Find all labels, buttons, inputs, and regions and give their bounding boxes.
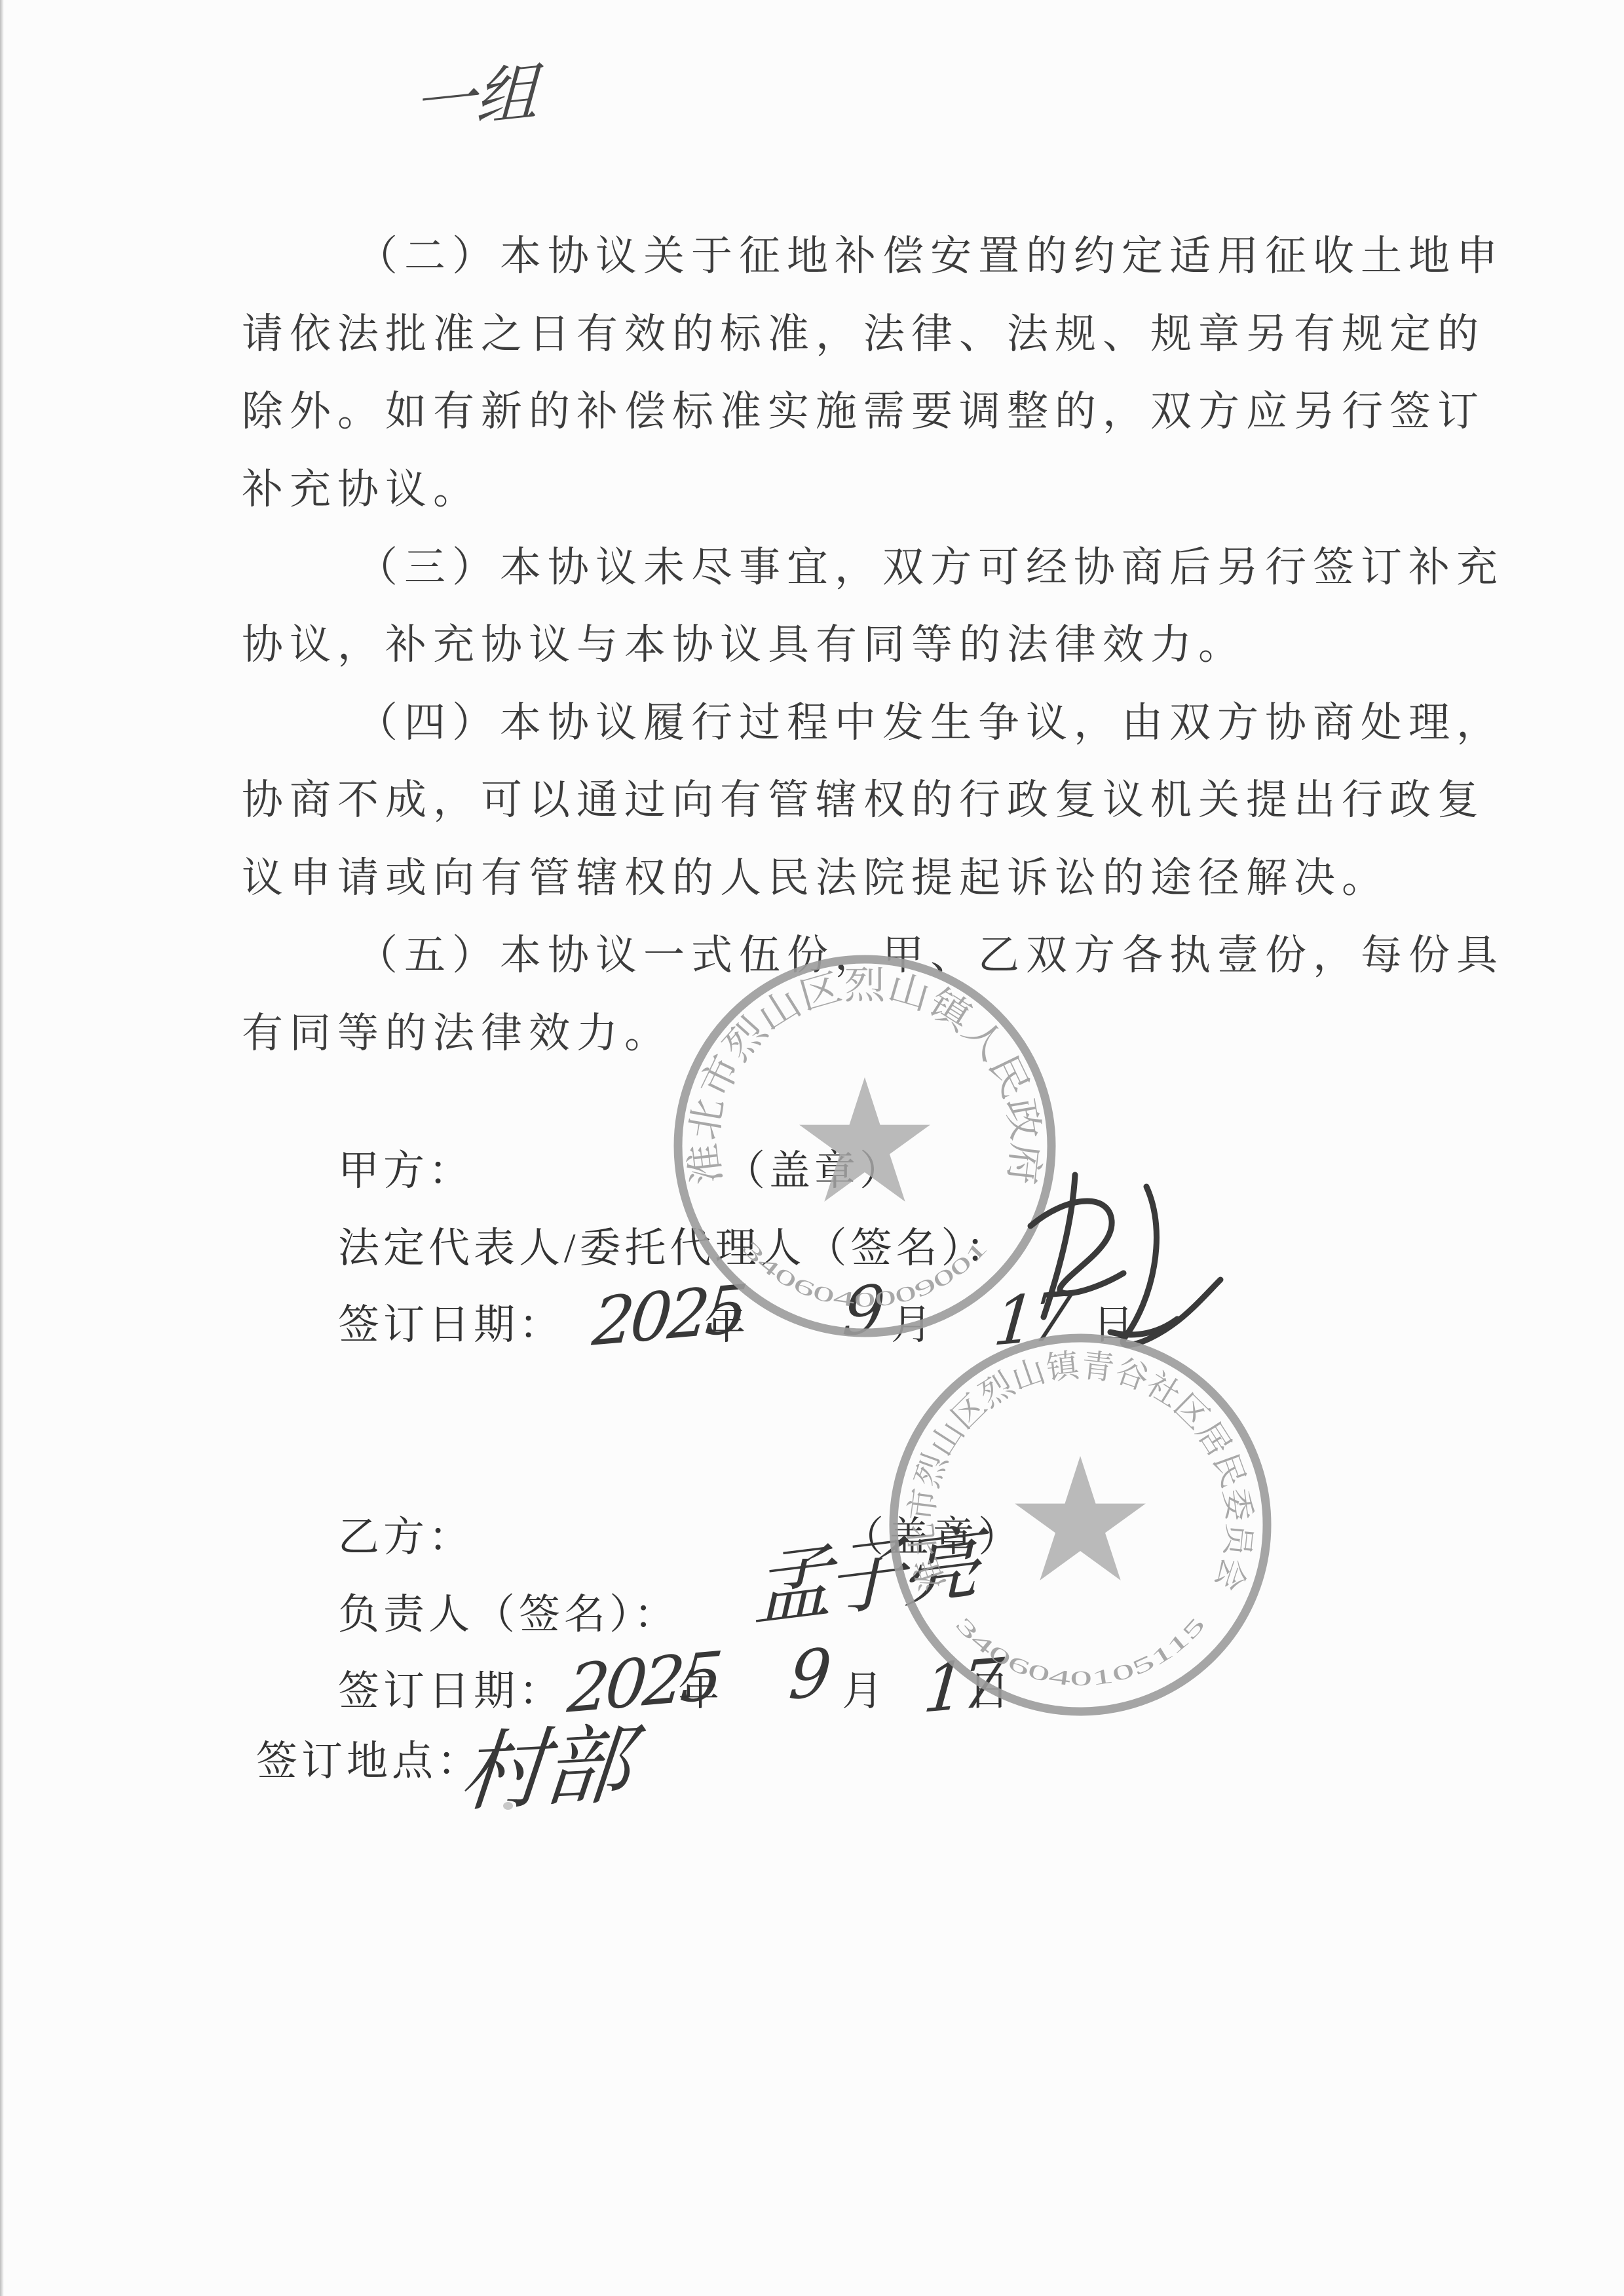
clause-2-line-3: 除外。如有新的补偿标准实施需要调整的，双方应另行签订	[242, 378, 1485, 438]
party-b-month-unit: 月	[842, 1658, 887, 1717]
sign-place-handwriting: 村部	[455, 1694, 633, 1828]
sign-place-label: 签订地点：	[256, 1728, 482, 1788]
svg-text:3406040009001: 3406040009001	[738, 1236, 992, 1311]
clause-4-line-3: 议申请或向有管辖权的人民法院提起诉讼的途径解决。	[242, 845, 1389, 904]
party-a-label: 甲方：	[338, 1138, 474, 1197]
clause-2-line-1: （二）本协议关于征地补偿安置的约定适用征收土地申	[356, 223, 1504, 282]
clause-5-line-2: 有同等的法律效力。	[242, 1000, 672, 1060]
scan-speck	[503, 1802, 513, 1810]
party-a-official-seal: 淮北市烈山区烈山镇人民政府 3406040009001	[668, 949, 1061, 1343]
party-b-rep-label: 负责人（签名）：	[338, 1581, 679, 1641]
top-handwritten-annotation: 一组	[411, 42, 540, 145]
seal-a-code-number: 3406040009001	[738, 1236, 992, 1311]
clause-4-line-2: 协商不成，可以通过向有管辖权的行政复议机关提出行政复	[242, 767, 1485, 826]
clause-3-line-2: 协议，补充协议与本协议具有同等的法律效力。	[242, 611, 1246, 671]
clause-4-line-1: （四）本协议履行过程中发生争议，由双方协商处理，	[356, 689, 1504, 749]
clause-2-line-2: 请依法批准之日有效的标准，法律、法规、规章另有规定的	[242, 301, 1485, 360]
party-b-official-seal: 淮北市烈山区烈山镇青谷社区居民委员会 3406040105115	[884, 1328, 1277, 1721]
seal-b-code-number: 3406040105115	[951, 1612, 1210, 1690]
party-b-handwritten-month: 9	[786, 1634, 831, 1715]
party-b-label: 乙方：	[338, 1504, 474, 1563]
seal-a-star-icon	[799, 1077, 930, 1202]
party-b-year-unit: 年	[678, 1658, 723, 1717]
scanned-agreement-page: 一组 （二）本协议关于征地补偿安置的约定适用征收土地申 请依法批准之日有效的标准…	[0, 0, 1624, 2296]
scan-edge-shadow	[0, 0, 4, 2296]
party-a-date-label: 签订日期：	[338, 1291, 564, 1351]
clause-3-line-1: （三）本协议未尽事宜，双方可经协商后另行签订补充	[356, 534, 1504, 594]
svg-text:3406040105115: 3406040105115	[951, 1612, 1210, 1690]
clause-2-line-4: 补充协议。	[242, 456, 481, 516]
seal-b-star-icon	[1015, 1456, 1146, 1580]
